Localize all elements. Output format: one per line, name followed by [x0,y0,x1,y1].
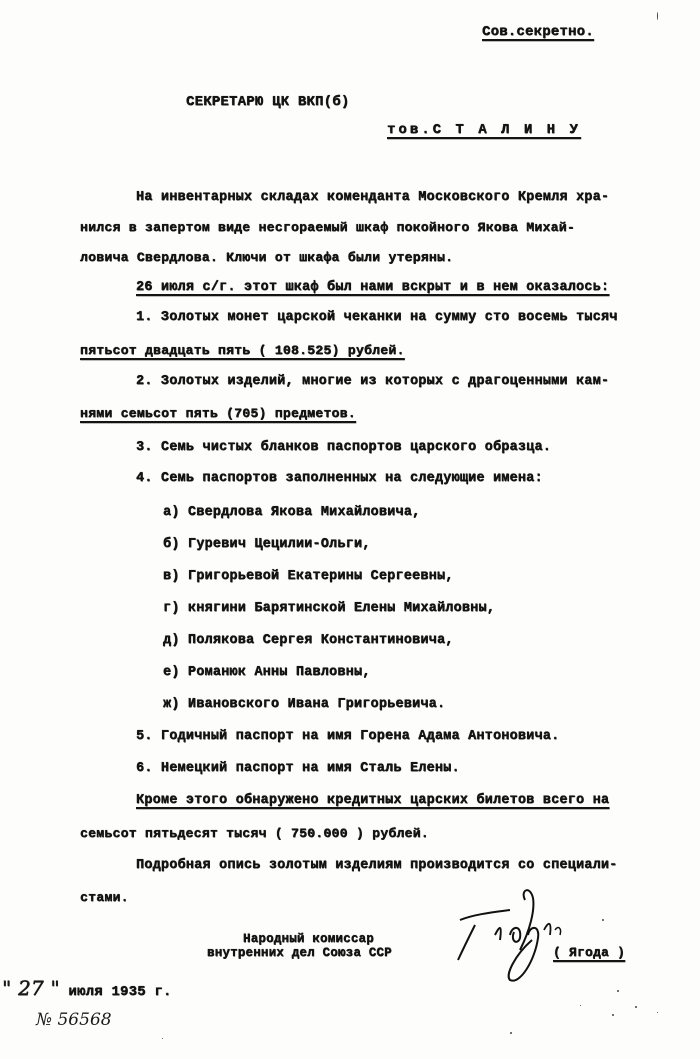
scan-mark [612,1014,614,1016]
item-1-line-2: пятьсот двадцать пять ( 108.525) рублей. [80,343,405,358]
item-3-line: 3. Семь чистых бланков паспортов царског… [136,440,551,455]
item-2-line-1: 2. Золотых изделий, многие из которых с … [136,374,609,389]
opened-line: 26 июля с/г. этот шкаф был нами вскрыт и… [136,280,609,295]
scan-mark [617,990,619,992]
registration-number: № 56568 [36,1010,112,1030]
name-list-item: ж) Ивановского Ивана Григорьевича. [163,697,445,712]
item-5-line: 5. Годичный паспорт на имя Горена Адама … [136,729,559,744]
name-list-item: б) Гуревич Цецилии-Ольги, [163,537,371,552]
scan-mark [510,1032,512,1034]
closing-line-1: Подробная опись золотым изделиям произво… [136,858,617,873]
scan-mark [657,1012,658,1013]
closing-line-2: стами. [80,890,129,905]
name-list-item: е) Романюк Анны Павловны, [163,665,371,680]
name-list-item: а) Свердлова Якова Михайловича, [163,505,420,520]
name-list-item: в) Григорьевой Екатерины Сергеевны, [163,569,454,584]
scan-mark [580,1005,581,1006]
date-day: " 27 " [2,976,60,1000]
date-line: " 27 " июля 1935 г. [2,976,172,1000]
scan-mark [162,1038,163,1039]
name-list-item: г) княгини Барятинской Елены Михайловны, [163,601,495,616]
handwritten-signature [440,880,590,990]
body-line: На инвентарных складах коменданта Москов… [136,190,609,205]
name-list-item: д) Полякова Сергея Константиновича, [163,633,454,648]
classification-stamp: Сов.секретно. [482,24,594,40]
addressee-line: СЕКРЕТАРЮ ЦК ВКП(б) [186,94,349,110]
document-page: Сов.секретно. СЕКРЕТАРЮ ЦК ВКП(б) тов.С … [0,0,700,1059]
body-line: нился в запертом виде несгораемый шкаф п… [80,220,575,235]
date-month-year: июля 1935 г. [68,984,171,1000]
scan-mark [657,12,658,20]
credit-notes-line-2: семьсот пятьдесят тысяч ( 750.000 ) рубл… [80,826,429,841]
recipient-name: тов.С Т А Л И Н У [387,122,581,138]
body-line: ловича Свердлова. Ключи от шкафа были ут… [80,250,453,265]
credit-notes-line-1: Кроме этого обнаружено кредитных царских… [136,793,609,808]
signatory-title-line-2: внутренних дел Союза ССР [207,946,392,960]
scan-mark [635,1006,637,1008]
scan-mark [602,919,604,921]
signatory-title-line-1: Народный комиссар [243,932,374,946]
item-1-line-1: 1. Золотых монет царской чеканки на сумм… [136,310,617,325]
item-6-line: 6. Немецкий паспорт на имя Сталь Елены. [136,761,460,776]
item-4-line: 4. Семь паспортов заполненных на следующ… [136,471,543,486]
item-2-line-2: нями семьсот пять (705) предметов. [80,406,356,421]
